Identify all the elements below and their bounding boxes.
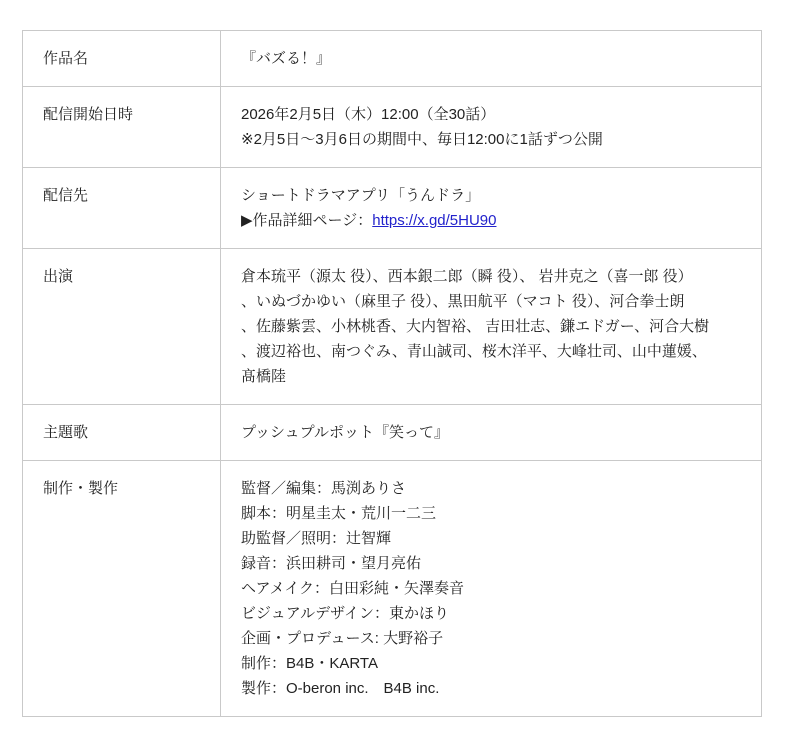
production-label: 制作・製作 <box>23 461 221 717</box>
cast-label: 出演 <box>23 249 221 405</box>
theme-song-label: 主題歌 <box>23 405 221 461</box>
detail-page-line: ▶作品詳細ページ：https://x.gd/5HU90 <box>241 208 741 233</box>
title-value: 『バズる！』 <box>221 31 762 87</box>
title-label: 作品名 <box>23 31 221 87</box>
value-line: 、いぬづかゆい（麻里子 役）、黒田航平（マコト 役）、河合拳士朗 <box>241 289 741 314</box>
value-line: プッシュプルポット『笑って』 <box>241 420 741 445</box>
production-value: 監督／編集：馬渕ありさ 脚本：明星圭太・荒川一二三 助監督／照明：辻智輝 録音：… <box>221 461 762 717</box>
value-line: ※2月5日～3月6日の期間中、毎日12:00に1話ずつ公開 <box>241 127 741 152</box>
value-line: ショートドラマアプリ「うんドラ」 <box>241 183 741 208</box>
value-line: 助監督／照明：辻智輝 <box>241 526 741 551</box>
detail-page-prefix: 作品詳細ページ： <box>253 212 373 229</box>
value-line: 監督／編集：馬渕ありさ <box>241 476 741 501</box>
value-line: 、佐藤紫雲、小林桃香、大内智裕、 吉田壮志、鎌エドガー、河合大樹 <box>241 314 741 339</box>
row-release-datetime: 配信開始日時 2026年2月5日（木）12:00（全30話） ※2月5日～3月6… <box>23 87 762 168</box>
row-theme-song: 主題歌 プッシュプルポット『笑って』 <box>23 405 762 461</box>
value-line: 、渡辺裕也、南つぐみ、青山誠司、桜木洋平、大峰壮司、山中蓮媛、 <box>241 339 741 364</box>
value-line: 倉本琉平（源太 役）、西本銀二郎（瞬 役）、 岩井克之（喜一郎 役） <box>241 264 741 289</box>
row-title: 作品名 『バズる！』 <box>23 31 762 87</box>
row-production: 制作・製作 監督／編集：馬渕ありさ 脚本：明星圭太・荒川一二三 助監督／照明：辻… <box>23 461 762 717</box>
row-cast: 出演 倉本琉平（源太 役）、西本銀二郎（瞬 役）、 岩井克之（喜一郎 役） 、い… <box>23 249 762 405</box>
work-info-table: 作品名 『バズる！』 配信開始日時 2026年2月5日（木）12:00（全30話… <box>22 30 762 717</box>
release-datetime-label: 配信開始日時 <box>23 87 221 168</box>
value-line: 脚本：明星圭太・荒川一二三 <box>241 501 741 526</box>
value-line: 2026年2月5日（木）12:00（全30話） <box>241 102 741 127</box>
value-line: 制作：B4B・KARTA <box>241 651 741 676</box>
value-line: 企画・プロデュース: 大野裕子 <box>241 626 741 651</box>
theme-song-value: プッシュプルポット『笑って』 <box>221 405 762 461</box>
platform-value: ショートドラマアプリ「うんドラ」 ▶作品詳細ページ：https://x.gd/5… <box>221 168 762 249</box>
value-line: 『バズる！』 <box>241 46 741 71</box>
release-datetime-value: 2026年2月5日（木）12:00（全30話） ※2月5日～3月6日の期間中、毎… <box>221 87 762 168</box>
play-triangle-icon: ▶ <box>241 212 253 229</box>
platform-label: 配信先 <box>23 168 221 249</box>
value-line: ビジュアルデザイン：東かほり <box>241 601 741 626</box>
cast-value: 倉本琉平（源太 役）、西本銀二郎（瞬 役）、 岩井克之（喜一郎 役） 、いぬづか… <box>221 249 762 405</box>
row-platform: 配信先 ショートドラマアプリ「うんドラ」 ▶作品詳細ページ：https://x.… <box>23 168 762 249</box>
value-line: 製作：O-beron inc. B4B inc. <box>241 676 741 701</box>
work-detail-link[interactable]: https://x.gd/5HU90 <box>372 212 496 229</box>
value-line: 髙橋陸 <box>241 364 741 389</box>
value-line: 録音：浜田耕司・望月亮佑 <box>241 551 741 576</box>
value-line: ヘアメイク：白田彩純・矢澤奏音 <box>241 576 741 601</box>
